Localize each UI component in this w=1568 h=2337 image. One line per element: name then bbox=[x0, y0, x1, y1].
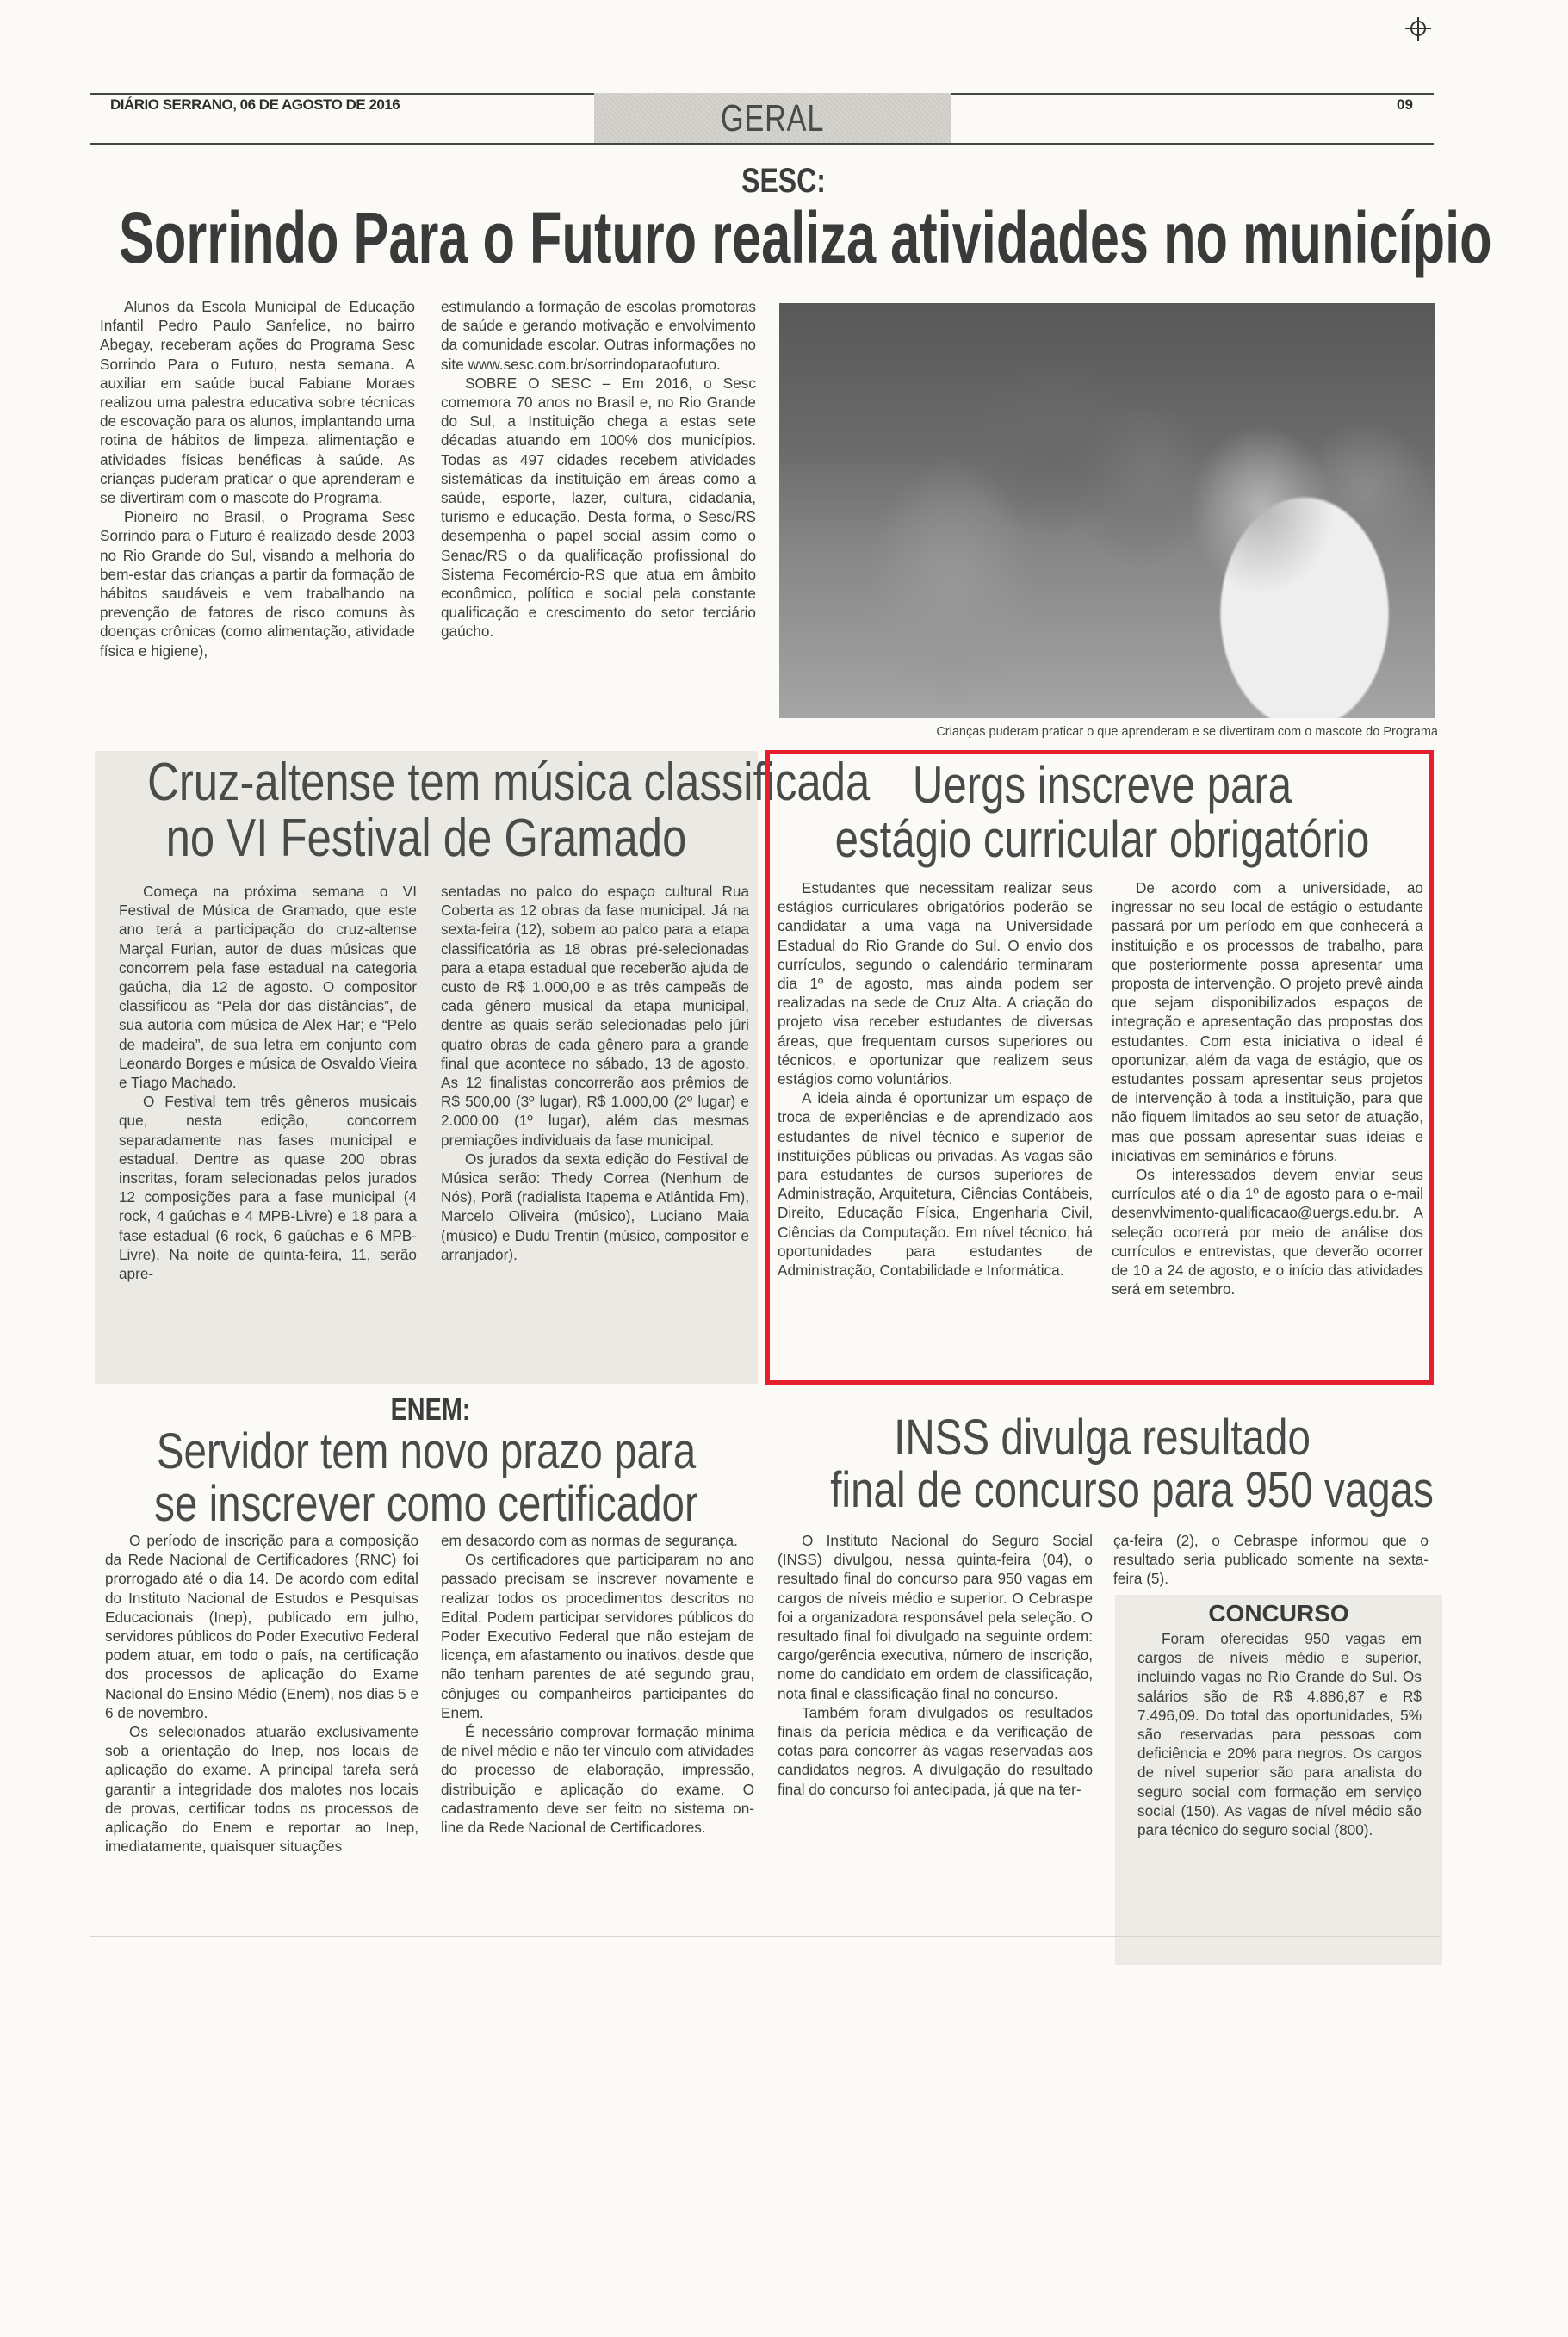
festival-paragraph: O Festival tem três gêneros musicais que… bbox=[119, 1092, 417, 1283]
inss-headline: INSS divulga resultado final de concurso… bbox=[830, 1412, 1373, 1517]
festival-column-1: Começa na próxima semana o VI Festival d… bbox=[119, 882, 417, 1283]
concurso-sidebar: CONCURSO Foram oferecidas 950 vagas em c… bbox=[1115, 1595, 1442, 1965]
sesc-kicker: SESC: bbox=[680, 162, 887, 201]
uergs-column-1: Estudantes que necessitam realizar seus … bbox=[778, 878, 1093, 1280]
enem-headline-line-1: Servidor tem novo prazo para bbox=[147, 1426, 705, 1478]
photo-caption: Crianças puderam praticar o que aprender… bbox=[870, 725, 1438, 739]
enem-paragraph: Os selecionados atuarão exclusivamente s… bbox=[105, 1722, 418, 1856]
enem-kicker: ENEM: bbox=[327, 1392, 534, 1428]
uergs-paragraph: A ideia ainda é oportunizar um espaço de… bbox=[778, 1088, 1093, 1280]
section-band: GERAL bbox=[594, 93, 951, 145]
enem-paragraph: Os certificadores que participaram no an… bbox=[441, 1550, 754, 1722]
uergs-paragraph: Estudantes que necessitam realizar seus … bbox=[778, 878, 1093, 1088]
inss-paragraph: ça-feira (2), o Cebraspe informou que o … bbox=[1113, 1531, 1429, 1589]
festival-headline: Cruz-altense tem música classificada no … bbox=[147, 754, 705, 866]
page-bottom-rule bbox=[90, 1936, 1441, 1937]
concurso-title: CONCURSO bbox=[1115, 1600, 1442, 1627]
children-with-mascot-photo bbox=[779, 303, 1435, 718]
festival-headline-line-2: no VI Festival de Gramado bbox=[147, 810, 705, 866]
sesc-paragraph: SOBRE O SESC – Em 2016, o Sesc comemora … bbox=[441, 374, 756, 642]
enem-column-2: em desacordo com as normas de segurança.… bbox=[441, 1531, 754, 1837]
sesc-headline: Sorrindo Para o Futuro realiza atividade… bbox=[119, 196, 1492, 280]
uergs-headline-line-1: Uergs inscreve para bbox=[830, 758, 1373, 812]
enem-paragraph: em desacordo com as normas de segurança. bbox=[441, 1531, 754, 1550]
sesc-column-2: estimulando a formação de escolas promot… bbox=[441, 297, 756, 642]
uergs-column-2: De acordo com a universidade, ao ingress… bbox=[1112, 878, 1423, 1299]
sesc-paragraph: Pioneiro no Brasil, o Programa Sesc Sorr… bbox=[100, 507, 415, 660]
enem-paragraph: O período de inscrição para a composição… bbox=[105, 1531, 418, 1722]
festival-headline-line-1: Cruz-altense tem música classificada bbox=[147, 754, 705, 810]
registration-mark-icon bbox=[1405, 15, 1431, 41]
publication-date: DIÁRIO SERRANO, 06 DE AGOSTO DE 2016 bbox=[110, 96, 400, 114]
page-number: 09 bbox=[1397, 96, 1413, 114]
masthead-bottom-rule bbox=[90, 143, 1434, 145]
inss-headline-line-2: final de concurso para 950 vagas bbox=[830, 1465, 1373, 1517]
inss-paragraph: Também foram divulgados os resultados fi… bbox=[778, 1703, 1093, 1799]
enem-headline-line-2: se inscrever como certificador bbox=[147, 1478, 705, 1531]
festival-paragraph: Começa na próxima semana o VI Festival d… bbox=[119, 882, 417, 1092]
enem-column-1: O período de inscrição para a composição… bbox=[105, 1531, 418, 1856]
uergs-headline: Uergs inscreve para estágio curricular o… bbox=[830, 758, 1373, 866]
uergs-paragraph: De acordo com a universidade, ao ingress… bbox=[1112, 878, 1423, 1165]
enem-paragraph: É necessário comprovar formação mínima d… bbox=[441, 1722, 754, 1837]
festival-column-2: sentadas no palco do espaço cultural Rua… bbox=[441, 882, 749, 1264]
inss-column-2: ça-feira (2), o Cebraspe informou que o … bbox=[1113, 1531, 1429, 1589]
concurso-body: Foram oferecidas 950 vagas em cargos de … bbox=[1137, 1629, 1422, 1839]
concurso-paragraph: Foram oferecidas 950 vagas em cargos de … bbox=[1137, 1629, 1422, 1839]
section-label: GERAL bbox=[721, 97, 824, 140]
sesc-paragraph: Alunos da Escola Municipal de Educação I… bbox=[100, 297, 415, 507]
uergs-headline-line-2: estágio curricular obrigatório bbox=[830, 812, 1373, 866]
enem-headline: Servidor tem novo prazo para se inscreve… bbox=[147, 1426, 705, 1531]
festival-paragraph: sentadas no palco do espaço cultural Rua… bbox=[441, 882, 749, 1150]
inss-paragraph: O Instituto Nacional do Seguro Social (I… bbox=[778, 1531, 1093, 1703]
uergs-paragraph: Os interessados devem enviar seus curríc… bbox=[1112, 1165, 1423, 1299]
festival-paragraph: Os jurados da sexta edição do Festival d… bbox=[441, 1150, 749, 1264]
sesc-column-1: Alunos da Escola Municipal de Educação I… bbox=[100, 297, 415, 660]
sesc-paragraph: estimulando a formação de escolas promot… bbox=[441, 297, 756, 374]
inss-column-1: O Instituto Nacional do Seguro Social (I… bbox=[778, 1531, 1093, 1799]
inss-headline-line-1: INSS divulga resultado bbox=[830, 1412, 1373, 1465]
